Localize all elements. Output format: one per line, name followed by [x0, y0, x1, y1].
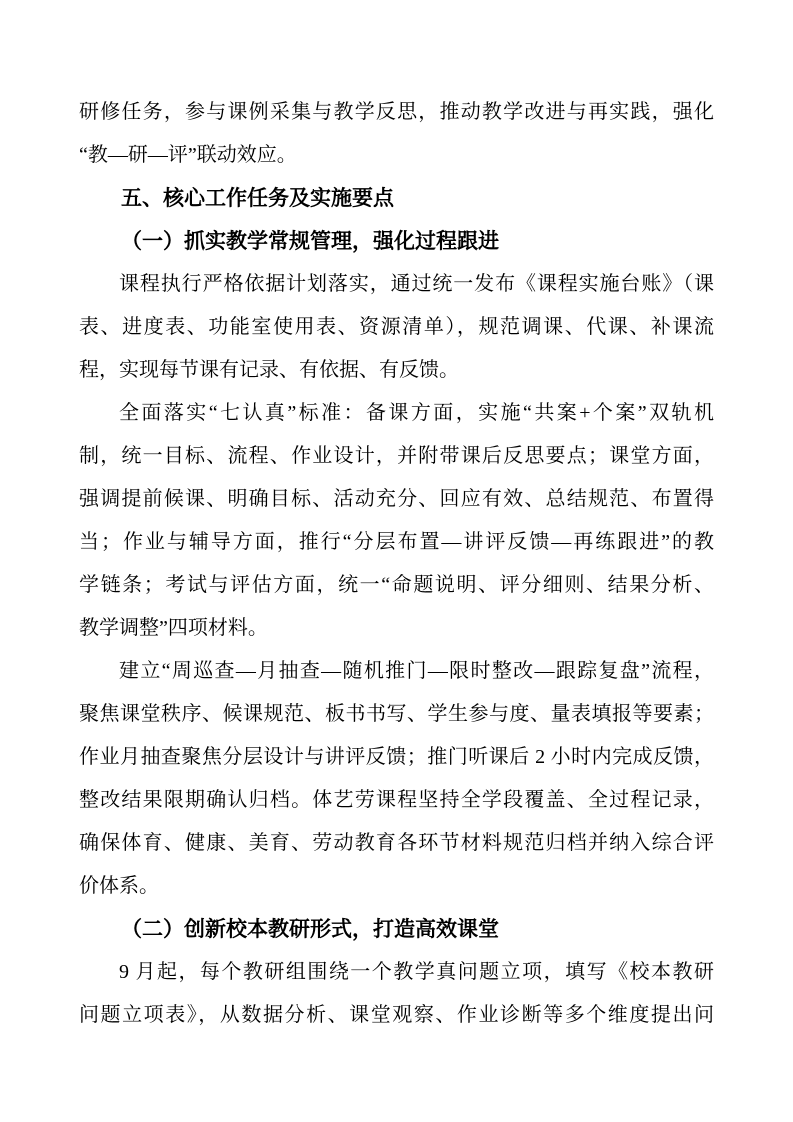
body-text-line: 研修任务，参与课例采集与教学反思，推动教学改进与再实践，强化	[79, 91, 714, 134]
body-text-line: 聚焦课堂秩序、候课规范、板书书写、学生参与度、量表填报等要素；	[79, 693, 714, 736]
paragraph: 课程执行严格依据计划落实，通过统一发布《课程实施台账》（课 表、进度表、功能室使…	[79, 263, 714, 392]
body-text-line: 价体系。	[79, 865, 714, 908]
paragraph-continuation: 研修任务，参与课例采集与教学反思，推动教学改进与再实践，强化 “教—研—评”联动…	[79, 91, 714, 177]
body-text-line: 制，统一目标、流程、作业设计，并附带课后反思要点；课堂方面，	[79, 435, 714, 478]
body-text-line: 程，实现每节课有记录、有依据、有反馈。	[79, 349, 714, 392]
body-text-line: 确保体育、健康、美育、劳动教育各环节材料规范归档并纳入综合评	[79, 822, 714, 865]
document-page: 研修任务，参与课例采集与教学反思，推动教学改进与再实践，强化 “教—研—评”联动…	[0, 0, 793, 1122]
paragraph: 全面落实“七认真”标准：备课方面，实施“共案+个案”双轨机 制，统一目标、流程、…	[79, 392, 714, 650]
body-text-line: 教学调整”四项材料。	[79, 607, 714, 650]
body-text-line: 建立“周巡查—月抽查—随机推门—限时整改—跟踪复盘”流程，	[79, 650, 714, 693]
heading-text-line: （二）创新校本教研形式，打造高效课堂	[79, 908, 714, 951]
body-text-line: 强调提前候课、明确目标、活动充分、回应有效、总结规范、布置得	[79, 478, 714, 521]
body-text-line: “教—研—评”联动效应。	[79, 134, 714, 177]
body-text-line: 作业月抽查聚焦分层设计与讲评反馈；推门听课后 2 小时内完成反馈，	[79, 736, 714, 779]
paragraph: 9 月起，每个教研组围绕一个教学真问题立项，填写《校本教研 问题立项表》，从数据…	[79, 951, 714, 1037]
body-text-line: 9 月起，每个教研组围绕一个教学真问题立项，填写《校本教研	[79, 951, 714, 994]
subsection-heading-2: （二）创新校本教研形式，打造高效课堂	[79, 908, 714, 951]
body-text-line: 当；作业与辅导方面，推行“分层布置—讲评反馈—再练跟进”的教	[79, 521, 714, 564]
heading-text-line: 五、核心工作任务及实施要点	[79, 177, 714, 220]
subsection-heading-1: （一）抓实教学常规管理，强化过程跟进	[79, 220, 714, 263]
body-text-line: 课程执行严格依据计划落实，通过统一发布《课程实施台账》（课	[79, 263, 714, 306]
body-text-line: 表、进度表、功能室使用表、资源清单），规范调课、代课、补课流	[79, 306, 714, 349]
section-heading-5: 五、核心工作任务及实施要点	[79, 177, 714, 220]
paragraph: 建立“周巡查—月抽查—随机推门—限时整改—跟踪复盘”流程， 聚焦课堂秩序、候课规…	[79, 650, 714, 908]
body-text-line: 问题立项表》，从数据分析、课堂观察、作业诊断等多个维度提出问	[79, 994, 714, 1037]
body-text-line: 整改结果限期确认归档。体艺劳课程坚持全学段覆盖、全过程记录，	[79, 779, 714, 822]
body-text-line: 全面落实“七认真”标准：备课方面，实施“共案+个案”双轨机	[79, 392, 714, 435]
heading-text-line: （一）抓实教学常规管理，强化过程跟进	[79, 220, 714, 263]
body-text-line: 学链条；考试与评估方面，统一“命题说明、评分细则、结果分析、	[79, 564, 714, 607]
